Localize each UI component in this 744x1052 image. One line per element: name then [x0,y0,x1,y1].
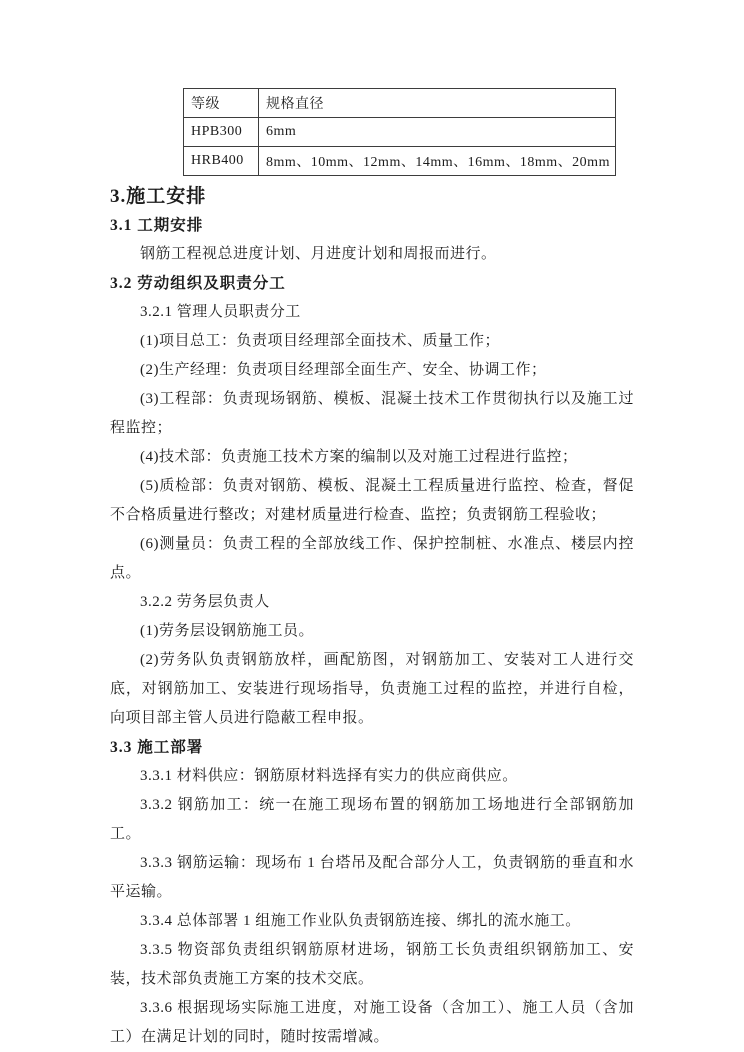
rebar-spec-table: 等级 规格直径 HPB300 6mm HRB400 8mm、10mm、12mm、… [183,88,616,176]
table-cell-grade: HPB300 [184,118,259,147]
clause-labor-2: (2)劳务队负责钢筋放样，画配筋图，对钢筋加工、安装对工人进行交底，对钢筋加工、… [110,646,634,733]
table-row: HPB300 6mm [184,118,616,147]
subheading-labor-leader: 3.2.2 劳务层负责人 [110,588,634,617]
table-cell-diameter: 6mm [259,118,616,147]
table-header-row: 等级 规格直径 [184,89,616,118]
clause-production-manager: (2)生产经理：负责项目经理部全面生产、安全、协调工作； [110,356,634,385]
heading-labor-organization: 3.2 劳动组织及职责分工 [110,269,634,298]
clause-adjustment: 3.3.6 根据现场实际施工进度，对施工设备（含加工）、施工人员（含加工）在满足… [110,994,634,1052]
table-header-diameter: 规格直径 [259,89,616,118]
table-row: HRB400 8mm、10mm、12mm、14mm、16mm、18mm、20mm [184,147,616,176]
clause-logistics-dept: 3.3.5 物资部负责组织钢筋原材进场，钢筋工长负责组织钢筋加工、安装，技术部负… [110,936,634,994]
subheading-management-duties: 3.2.1 管理人员职责分工 [110,298,634,327]
heading-schedule-arrangement: 3.1 工期安排 [110,211,634,240]
clause-surveyor: (6)测量员：负责工程的全部放线工作、保护控制桩、水准点、楼层内控点。 [110,530,634,588]
document-page: 等级 规格直径 HPB300 6mm HRB400 8mm、10mm、12mm、… [0,0,744,1052]
clause-technical-dept: (4)技术部：负责施工技术方案的编制以及对施工过程进行监控； [110,443,634,472]
clause-quality-dept: (5)质检部：负责对钢筋、模板、混凝土工程质量进行监控、检查，督促不合格质量进行… [110,472,634,530]
clause-project-chief: (1)项目总工：负责项目经理部全面技术、质量工作； [110,327,634,356]
clause-labor-1: (1)劳务层设钢筋施工员。 [110,617,634,646]
table-cell-diameter: 8mm、10mm、12mm、14mm、16mm、18mm、20mm [259,147,616,176]
heading-construction-arrangement: 3.施工安排 [110,182,634,211]
clause-engineering-dept: (3)工程部：负责现场钢筋、模板、混凝土技术工作贯彻执行以及施工过程监控； [110,385,634,443]
clause-rebar-transport: 3.3.3 钢筋运输：现场布 1 台塔吊及配合部分人工，负责钢筋的垂直和水平运输… [110,849,634,907]
heading-construction-deployment: 3.3 施工部署 [110,733,634,762]
clause-overall-deployment: 3.3.4 总体部署 1 组施工作业队负责钢筋连接、绑扎的流水施工。 [110,907,634,936]
paragraph-schedule: 钢筋工程视总进度计划、月进度计划和周报而进行。 [110,240,634,269]
clause-rebar-processing: 3.3.2 钢筋加工：统一在施工现场布置的钢筋加工场地进行全部钢筋加工。 [110,791,634,849]
table-header-grade: 等级 [184,89,259,118]
clause-material-supply: 3.3.1 材料供应：钢筋原材料选择有实力的供应商供应。 [110,762,634,791]
table-cell-grade: HRB400 [184,147,259,176]
